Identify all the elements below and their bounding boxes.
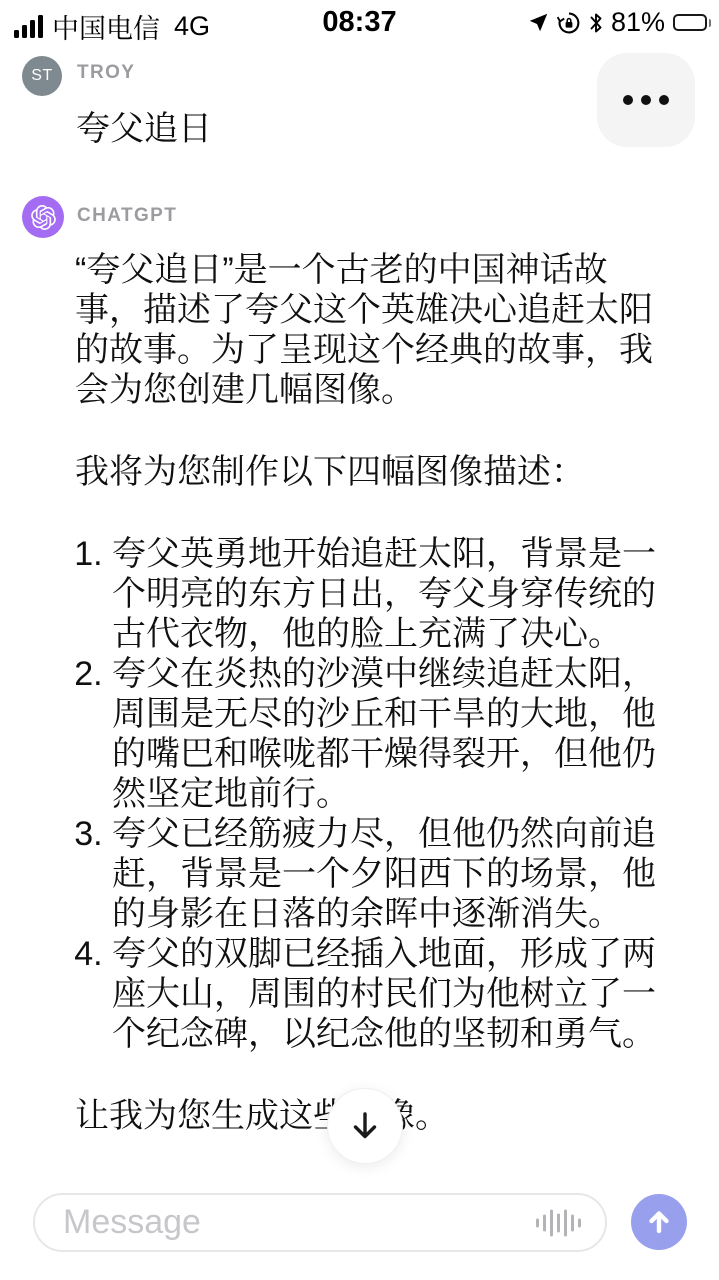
battery-percent: 81% (611, 7, 665, 38)
message-input-pill (33, 1193, 607, 1252)
list-item: 夸父的双脚已经插入地面，形成了两座大山，周围的村民们为他树立了一个纪念碑，以纪念… (112, 934, 667, 1054)
battery-icon (673, 14, 711, 31)
scroll-to-bottom-button[interactable] (327, 1088, 403, 1164)
chatgpt-mobile-app: 中国电信 4G 08:37 81% ST TROY 夸父追日 (0, 0, 719, 1280)
arrow-up-icon (644, 1207, 674, 1237)
arrow-down-icon (349, 1110, 381, 1142)
more-options-icon (623, 95, 669, 105)
signal-strength-icon (14, 15, 43, 38)
list-item: 夸父已经筋疲力尽，但他仍然向前追赶，背景是一个夕阳西下的场景，他的身影在日落的余… (112, 814, 667, 934)
assistant-sender-name: CHATGPT (77, 205, 177, 227)
voice-input-icon[interactable] (536, 1209, 581, 1236)
openai-logo-icon (31, 205, 56, 230)
orientation-lock-icon (557, 11, 581, 35)
status-right-cluster: 81% (528, 7, 711, 38)
status-time: 08:37 (322, 6, 396, 39)
assistant-paragraph-intro: “夸父追日”是一个古老的中国神话故事，描述了夸父这个英雄决心追赶太阳的故事。为了… (75, 250, 667, 410)
user-message-text: 夸父追日 (76, 101, 212, 150)
send-button[interactable] (631, 1194, 687, 1250)
status-left-cluster: 中国电信 4G (14, 7, 210, 46)
bluetooth-icon (589, 12, 603, 34)
user-avatar: ST (22, 56, 62, 96)
message-input[interactable] (35, 1195, 605, 1250)
assistant-message-body: “夸父追日”是一个古老的中国神话故事，描述了夸父这个英雄决心追赶太阳的故事。为了… (75, 250, 667, 1136)
message-options-button[interactable] (597, 53, 695, 147)
assistant-avatar (22, 196, 64, 238)
network-type: 4G (174, 11, 210, 42)
carrier-name: 中国电信 (52, 7, 160, 46)
location-arrow-icon (528, 12, 549, 33)
assistant-paragraph-list-header: 我将为您制作以下四幅图像描述： (75, 452, 667, 492)
list-item: 夸父英勇地开始追赶太阳，背景是一个明亮的东方日出，夸父身穿传统的古代衣物，他的脸… (112, 534, 667, 654)
user-sender-name: TROY (77, 62, 135, 84)
status-bar: 中国电信 4G 08:37 81% (0, 0, 719, 46)
assistant-image-description-list: 夸父英勇地开始追赶太阳，背景是一个明亮的东方日出，夸父身穿传统的古代衣物，他的脸… (75, 534, 667, 1054)
list-item: 夸父在炎热的沙漠中继续追赶太阳，周围是无尽的沙丘和干旱的大地，他的嘴巴和喉咙都干… (112, 654, 667, 814)
